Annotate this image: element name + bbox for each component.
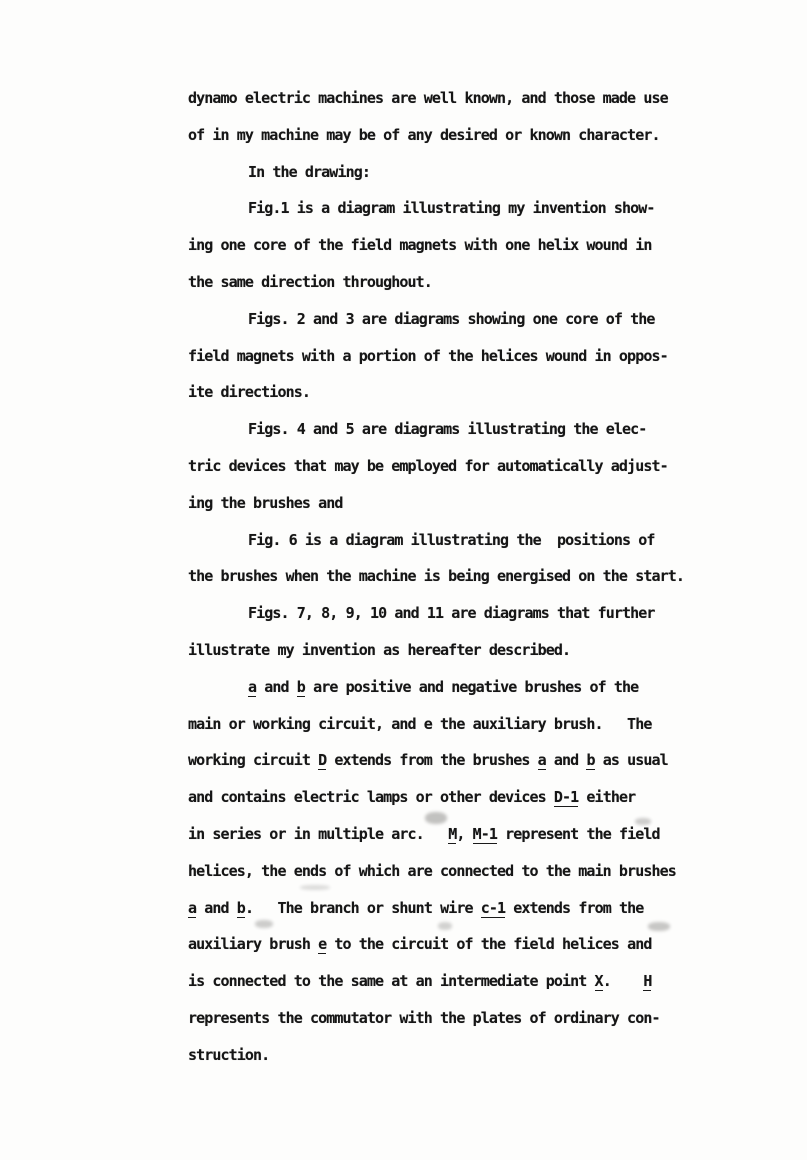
text-line: Figs. 4 and 5 are diagrams illustrating …	[188, 411, 748, 448]
text-line: ing one core of the field magnets with o…	[188, 227, 748, 264]
text-segment: and contains electric lamps or other dev…	[188, 788, 554, 806]
text-segment: in series or in multiple arc.	[188, 825, 448, 843]
text-segment: field magnets with a portion of the heli…	[188, 347, 668, 365]
underlined-reference-letter: D	[318, 751, 326, 770]
text-segment: working circuit	[188, 751, 318, 769]
text-segment: auxiliary brush	[188, 935, 318, 953]
underlined-reference-letter: b	[586, 751, 594, 770]
text-segment: and	[256, 678, 297, 696]
text-line: working circuit D extends from the brush…	[188, 742, 748, 779]
text-segment: to the circuit of the field helices and	[326, 935, 651, 953]
text-segment: Figs. 4 and 5 are diagrams illustrating …	[248, 420, 646, 438]
document-page: dynamo electric machines are well known,…	[0, 0, 807, 1160]
text-line: the brushes when the machine is being en…	[188, 558, 748, 595]
text-line: and contains electric lamps or other dev…	[188, 779, 748, 816]
text-line: illustrate my invention as hereafter des…	[188, 632, 748, 669]
text-line: represents the commutator with the plate…	[188, 1000, 748, 1037]
text-line: field magnets with a portion of the heli…	[188, 338, 748, 375]
text-line: auxiliary brush e to the circuit of the …	[188, 926, 748, 963]
text-segment: and	[546, 751, 587, 769]
text-line: Figs. 7, 8, 9, 10 and 11 are diagrams th…	[188, 595, 748, 632]
underlined-reference-letter: a	[538, 751, 546, 770]
text-segment: dynamo electric machines are well known,…	[188, 89, 668, 107]
typewritten-text-block: dynamo electric machines are well known,…	[188, 80, 748, 1074]
text-line: in series or in multiple arc. M, M-1 rep…	[188, 816, 748, 853]
underlined-reference-letter: D-1	[554, 788, 578, 807]
text-segment: extends from the brushes	[326, 751, 537, 769]
underlined-reference-letter: e	[318, 935, 326, 954]
text-segment: extends from the	[505, 899, 643, 917]
text-segment: helices, the ends of which are connected…	[188, 862, 676, 880]
text-segment: and	[196, 899, 237, 917]
text-line: ing the brushes and	[188, 485, 748, 522]
text-line: tric devices that may be employed for au…	[188, 448, 748, 485]
text-line: is connected to the same at an intermedi…	[188, 963, 748, 1000]
text-segment: represent the field	[497, 825, 660, 843]
underlined-reference-letter: b	[237, 899, 245, 918]
text-line: dynamo electric machines are well known,…	[188, 80, 748, 117]
text-segment: Figs. 7, 8, 9, 10 and 11 are diagrams th…	[248, 604, 655, 622]
text-segment: . The branch or shunt wire	[245, 899, 481, 917]
text-segment: is connected to the same at an intermedi…	[188, 972, 595, 990]
text-segment: ,	[456, 825, 472, 843]
text-segment: the brushes when the machine is being en…	[188, 567, 684, 585]
text-segment: are positive and negative brushes of the	[305, 678, 638, 696]
text-segment: ite directions.	[188, 383, 310, 401]
underlined-reference-letter: M-1	[473, 825, 497, 844]
text-line: a and b. The branch or shunt wire c-1 ex…	[188, 890, 748, 927]
text-segment: ing the brushes and	[188, 494, 343, 512]
underlined-reference-letter: b	[297, 678, 305, 697]
text-segment: illustrate my invention as hereafter des…	[188, 641, 570, 659]
underlined-reference-letter: a	[248, 678, 256, 697]
text-line: Figs. 2 and 3 are diagrams showing one c…	[188, 301, 748, 338]
text-segment: ing one core of the field magnets with o…	[188, 236, 651, 254]
text-segment: .	[603, 972, 644, 990]
text-segment: as usual	[595, 751, 668, 769]
text-line: In the drawing:	[188, 154, 748, 191]
text-segment: Fig. 6 is a diagram illustrating the pos…	[248, 531, 655, 549]
underlined-reference-letter: c-1	[481, 899, 505, 918]
underlined-reference-letter: a	[188, 899, 196, 918]
text-line: a and b are positive and negative brushe…	[188, 669, 748, 706]
text-line: of in my machine may be of any desired o…	[188, 117, 748, 154]
text-line: the same direction throughout.	[188, 264, 748, 301]
text-line: Fig. 6 is a diagram illustrating the pos…	[188, 522, 748, 559]
text-segment: Figs. 2 and 3 are diagrams showing one c…	[248, 310, 655, 328]
text-line: main or working circuit, and e the auxil…	[188, 706, 748, 743]
text-line: Fig.1 is a diagram illustrating my inven…	[188, 190, 748, 227]
text-segment: Fig.1 is a diagram illustrating my inven…	[248, 199, 655, 217]
text-segment: represents the commutator with the plate…	[188, 1009, 660, 1027]
text-segment: either	[578, 788, 635, 806]
text-line: struction.	[188, 1037, 748, 1074]
text-segment: main or working circuit, and e the auxil…	[188, 715, 651, 733]
text-segment: In the drawing:	[248, 163, 370, 181]
text-segment: struction.	[188, 1046, 269, 1064]
text-segment: of in my machine may be of any desired o…	[188, 126, 660, 144]
text-line: helices, the ends of which are connected…	[188, 853, 748, 890]
text-line: ite directions.	[188, 374, 748, 411]
text-segment: tric devices that may be employed for au…	[188, 457, 668, 475]
text-segment: the same direction throughout.	[188, 273, 432, 291]
underlined-reference-letter: H	[643, 972, 651, 991]
underlined-reference-letter: X	[595, 972, 603, 991]
